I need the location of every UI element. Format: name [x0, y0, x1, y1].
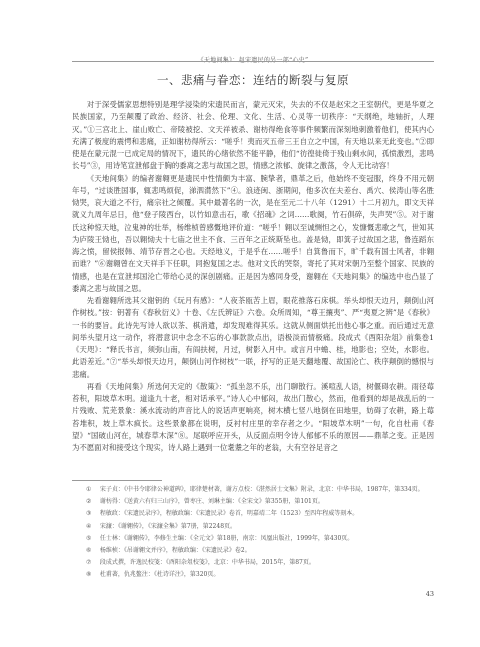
footnote-text: 谢枋得：《送黄六有归三山序》，曾枣庄、刘琳主编：《全宋文》第355册，第101页… [100, 498, 324, 505]
section-title: 一、悲痛与眷恋：连结的断裂与复原 [72, 72, 434, 88]
paragraph: 对于深受儒家思想特别是理学浸染的宋遗民而言，蒙元灭宋，失去的不仅是赵宋之王室朝代… [72, 99, 434, 173]
footnote-rule [72, 480, 162, 481]
paragraph: 再看《天地间集》所选何天定的《散策》：“孤坐忽不乐，出门聊散行。溪喧乱人语，树偃… [72, 381, 434, 455]
footnote: ② 谢枋得：《送黄六有归三山序》，曾枣庄、刘琳主编：《全宋文》第355册，第10… [72, 496, 434, 508]
footnote-text: 程敏政：《宋遗民录序》，程敏政编：《宋遗民录》卷首，明嘉靖二年（1523）至四年… [100, 510, 358, 517]
footnote-number: ① [86, 484, 98, 496]
footnote-text: 任士林：《谢翱传》，李修生主编：《全元文》第18册，南京：凤凰出版社，1999年… [100, 535, 353, 542]
footnote-number: ② [86, 496, 98, 508]
footnote-text: 段成式撰，许逸民校笺：《酉阳杂俎校笺》，北京：中华书局，2015年，第87页。 [100, 559, 315, 566]
footnote-number: ⑥ [86, 545, 98, 557]
header-rule [72, 61, 434, 62]
page-number: 43 [414, 590, 434, 598]
footnote-text: 杜甫著，仇兆鳌注：《杜诗详注》，第320页。 [100, 571, 219, 578]
running-head: 《天地间集》：赵宋遗民的另一部“心史” [72, 55, 434, 64]
footnote: ③ 程敏政：《宋遗民录序》，程敏政编：《宋遗民录》卷首，明嘉靖二年（1523）至… [72, 508, 434, 520]
footnote-number: ③ [86, 508, 98, 520]
paragraph: 《天地间集》的编者谢翱更是遗民中性情颇为丰富、腕挚者，鼎革之后，他始终不变冠服，… [72, 173, 434, 296]
footnote: ⑥ 杨维桢：《吊谢翱文并序》，程敏政编：《宋遗民录》卷2。 [72, 545, 434, 557]
footnote-number: ⑦ [86, 557, 98, 569]
footnote: ⑤ 任士林：《谢翱传》，李修生主编：《全元文》第18册，南京：凤凰出版社，199… [72, 533, 434, 545]
footnote-number: ④ [86, 521, 98, 533]
paragraph: 先看谢翱所选其父谢钥的《玩月有感》：“人夜茶瓯苦上眉，眼花推落石床棋。举头却恨天… [72, 295, 434, 381]
footnote-text: 宋濂：《谢翱传》，《宋濂全集》第7册，第2248页。 [100, 523, 236, 530]
footnote: ① 宋子贞：《中书令耶律公神道碑》，耶律楚材著，谢方点校：《湛然居士文集》附录，… [72, 484, 434, 496]
footnote: ⑧ 杜甫著，仇兆鳌注：《杜诗详注》，第320页。 [72, 569, 434, 581]
footnotes: ① 宋子贞：《中书令耶律公神道碑》，耶律楚材著，谢方点校：《湛然居士文集》附录，… [72, 484, 434, 582]
footnote: ④ 宋濂：《谢翱传》，《宋濂全集》第7册，第2248页。 [72, 521, 434, 533]
footnote-text: 杨维桢：《吊谢翱文并序》，程敏政编：《宋遗民录》卷2。 [100, 547, 251, 554]
footnote: ⑦ 段成式撰，许逸民校笺：《酉阳杂俎校笺》，北京：中华书局，2015年，第87页… [72, 557, 434, 569]
footnote-number: ⑤ [86, 533, 98, 545]
body-text: 对于深受儒家思想特别是理学浸染的宋遗民而言，蒙元灭宋，失去的不仅是赵宋之王室朝代… [72, 99, 434, 454]
footnote-number: ⑧ [86, 569, 98, 581]
footnote-text: 宋子贞：《中书令耶律公神道碑》，耶律楚材著，谢方点校：《湛然居士文集》附录，北京… [100, 486, 424, 493]
